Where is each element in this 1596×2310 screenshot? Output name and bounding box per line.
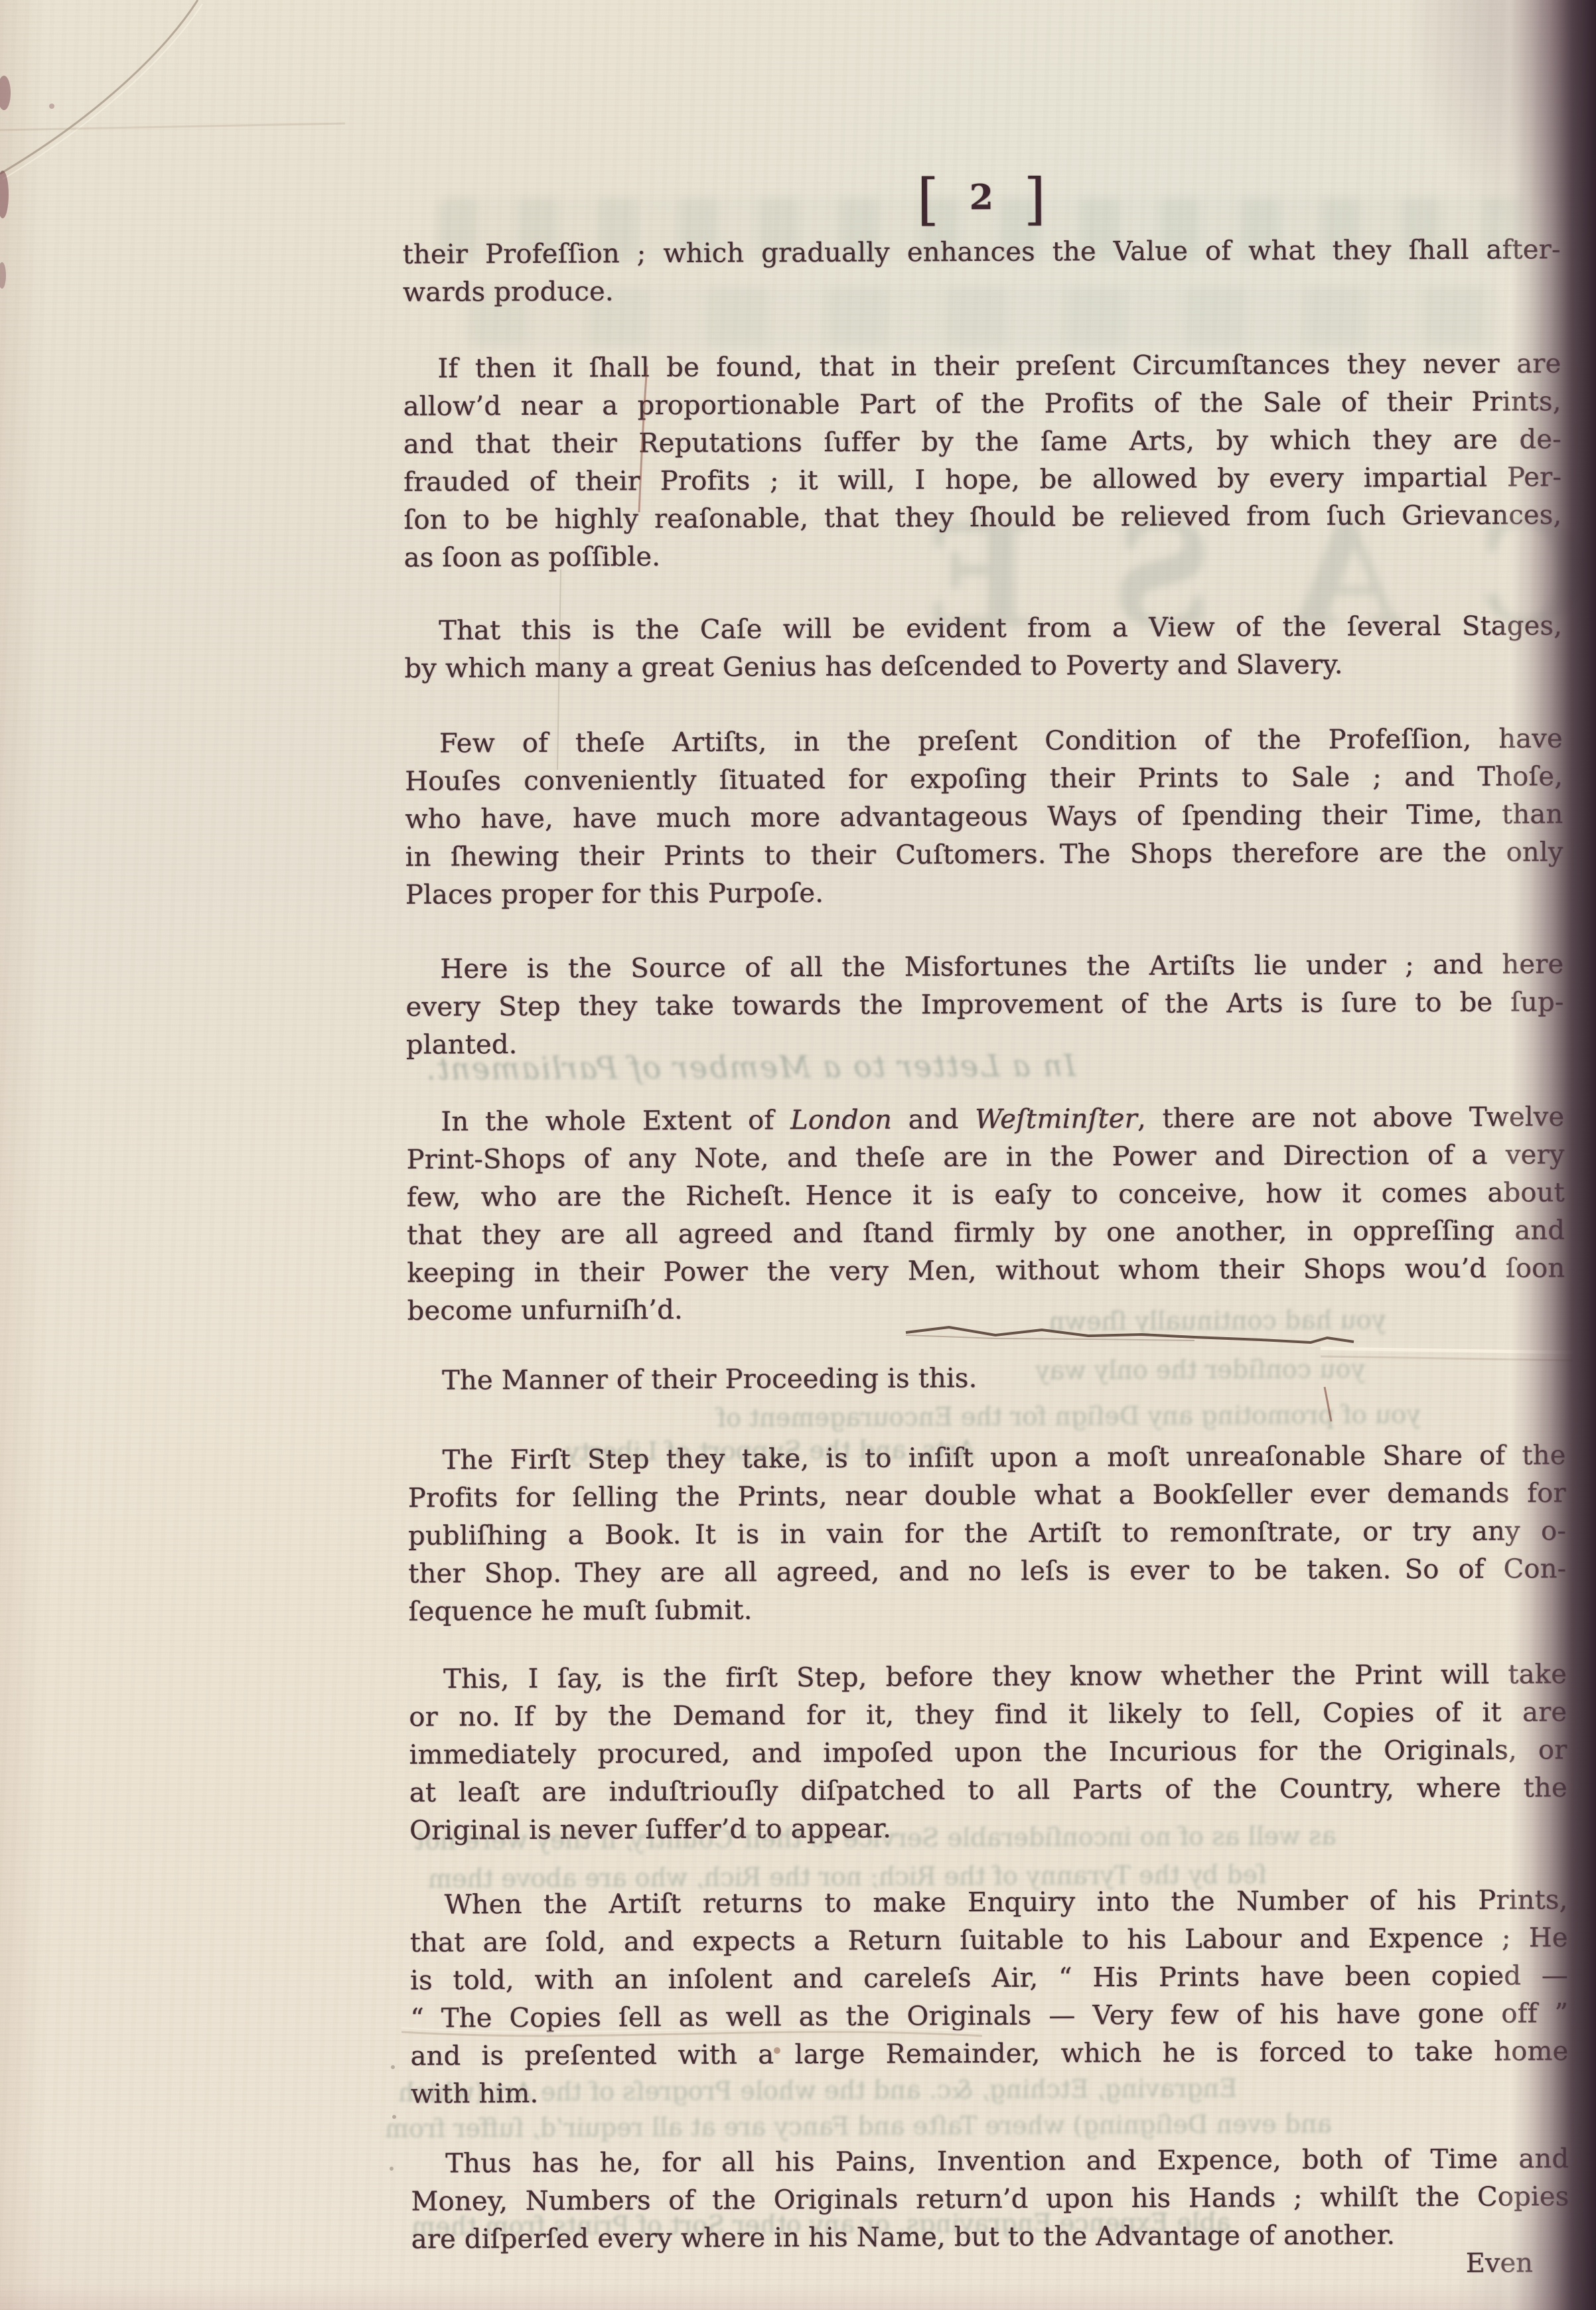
text-line: become unfurniſh’d. — [407, 1287, 1565, 1331]
text-line: Profits for ſelling the Prints, near dou… — [408, 1475, 1566, 1518]
paragraph-11: Thus has he, for all his Pains, Inventio… — [411, 2140, 1569, 2259]
text-line: that are ſold, and expects a Return ſuit… — [410, 1919, 1568, 1962]
text-line: Money, Numbers of the Originals return’d… — [411, 2178, 1569, 2221]
text-line: ther Shop. They are all agreed, and no l… — [408, 1550, 1566, 1593]
catchword: Even — [1466, 2244, 1533, 2282]
text-line: ſon to be highly reaſonable, that they ſ… — [403, 496, 1561, 540]
paragraph-2: If then it ſhall be found, that in their… — [403, 345, 1561, 577]
text-line: ſequence he muſt ſubmit. — [408, 1588, 1566, 1631]
text-line: When the Artiſt returns to make Enquiry … — [409, 1881, 1567, 1924]
text-line: “ The Copies ſell as well as the Origina… — [410, 1995, 1568, 2038]
scanned-book-page: CASE In a Letter to a Member of Parliame… — [0, 0, 1596, 2310]
text-line: Few of theſe Artiſts, in the preſent Con… — [405, 720, 1563, 763]
edge-stain — [0, 171, 9, 218]
text-line: few, who are the Richeſt. Hence it is ea… — [407, 1174, 1565, 1217]
ink-speck — [49, 104, 54, 109]
text-line: every Step they take towards the Improve… — [405, 983, 1563, 1027]
text-line: are diſperſed every where in his Name, b… — [411, 2216, 1569, 2259]
paragraph-1: their Profeſſion ; which gradually enhan… — [403, 231, 1561, 312]
edge-stain — [0, 262, 6, 289]
text-line: Thus has he, for all his Pains, Inventio… — [411, 2140, 1569, 2183]
text-line: as ſoon as poſſible. — [404, 534, 1562, 577]
text-line: keeping in their Power the very Men, wit… — [407, 1250, 1565, 1293]
text-line: publiſhing a Book. It is in vain for the… — [408, 1512, 1566, 1555]
text-line: with him. — [411, 2070, 1569, 2114]
text-line: Houſes conveniently ſituated for expoſin… — [405, 758, 1563, 801]
paper-speck — [391, 2065, 395, 2069]
text-line: or no. If by the Demand for it, they fin… — [409, 1694, 1567, 1737]
text-line: that they are all agreed and ſtand firml… — [407, 1212, 1565, 1255]
paragraph-4: Few of theſe Artiſts, in the preſent Con… — [405, 720, 1563, 914]
text-line: Original is never ſuffer’d to appear. — [409, 1807, 1567, 1850]
text-segment: and — [892, 1104, 975, 1135]
paragraph-10: When the Artiſt returns to make Enquiry … — [409, 1881, 1568, 2114]
text-line: immediately procured, and impoſed upon t… — [409, 1731, 1567, 1774]
text-line: and is preſented with a large Remainder,… — [410, 2033, 1568, 2076]
text-line: In the whole Extent of London and Weſtmi… — [406, 1098, 1564, 1141]
paragraph-9: This, I ſay, is the firſt Step, before t… — [409, 1656, 1567, 1850]
text-line: This, I ſay, is the firſt Step, before t… — [409, 1656, 1567, 1699]
text-line: allow’d near a proportionable Part of th… — [403, 383, 1561, 426]
text-line: in ſhewing their Prints to their Cuſtome… — [405, 833, 1563, 877]
text-line: their Profeſſion ; which gradually enhan… — [403, 231, 1561, 274]
corner-crease-highlight — [3, 4, 202, 179]
page-number-value: 2 — [970, 177, 993, 218]
page-number: [2] — [402, 163, 1560, 238]
text-line: Here is the Source of all the Misfortune… — [405, 946, 1563, 989]
paragraph-6: In the whole Extent of London and Weſtmi… — [406, 1098, 1565, 1331]
paragraph-5: Here is the Source of all the Misfortune… — [405, 946, 1564, 1064]
text-line: is told, with an inſolent and careleſs A… — [410, 1957, 1568, 2000]
crease-line — [0, 123, 345, 130]
text-line: planted. — [406, 1021, 1564, 1064]
paragraph-7: The Manner of their Proceeding is this. — [407, 1357, 1565, 1400]
paragraph-8: The Firſt Step they take, is to inſiſt u… — [407, 1437, 1566, 1631]
italic-place-name: London — [790, 1105, 892, 1136]
text-segment: , there are not above Twelve — [1137, 1102, 1565, 1134]
edge-stain — [0, 76, 11, 110]
text-line: If then it ſhall be found, that in their… — [403, 345, 1561, 388]
corner-crease — [0, 0, 198, 174]
text-line: The Manner of their Proceeding is this. — [407, 1357, 1565, 1400]
text-line: at leaſt are induſtriouſly diſpatched to… — [409, 1769, 1567, 1812]
paper-speck — [390, 2167, 394, 2171]
text-line: wards produce. — [403, 269, 1561, 312]
text-line: The Firſt Step they take, is to inſiſt u… — [407, 1437, 1565, 1480]
page-number-bracket: ] — [1024, 167, 1046, 232]
text-line: frauded of their Profits ; it will, I ho… — [403, 459, 1561, 502]
text-line: and that their Reputations ſuffer by the… — [403, 421, 1561, 464]
page-number-bracket: [ — [917, 167, 939, 232]
text-line: That this is the Caſe will be evident fr… — [404, 607, 1562, 650]
text-line: by which many a great Genius has deſcend… — [404, 645, 1562, 688]
text-segment: In the whole Extent of — [441, 1105, 790, 1137]
italic-place-name: Weſtminſter — [975, 1104, 1137, 1135]
text-block: [2] their Profeſſion ; which gradually e… — [401, 0, 1569, 2310]
paragraph-3: That this is the Caſe will be evident fr… — [404, 607, 1562, 688]
text-line: Places proper for this Purpoſe. — [405, 871, 1563, 914]
text-line: who have, have much more advantageous Wa… — [405, 796, 1563, 839]
text-line: Print-Shops of any Note, and theſe are i… — [406, 1136, 1564, 1179]
